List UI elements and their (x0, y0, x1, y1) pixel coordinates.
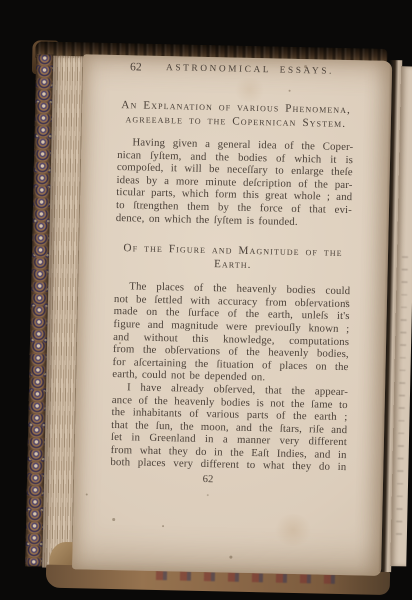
page-number-bottom: 62 (90, 472, 326, 490)
running-head: 62 ASTRONOMICAL ESSAYS. (119, 61, 355, 80)
paragraph: The places of the heavenly bodies could … (112, 280, 350, 386)
paragraph: I have already obſerved, that the appear… (110, 381, 348, 474)
section-heading-1: An Explanation of various Phenomena, agr… (118, 98, 355, 131)
foxing-spot (289, 90, 291, 92)
section-heading-2: Of the Figure and Magnitude of the Earth… (115, 241, 352, 274)
paragraph: Having given a general idea of the Coper… (116, 136, 354, 229)
paper-stain (273, 514, 314, 547)
text-block: 62 ASTRONOMICAL ESSAYS. An Explanation o… (110, 61, 355, 490)
foxing-spot (304, 65, 307, 68)
book-photo: 62 ASTRONOMICAL ESSAYS. An Explanation o… (0, 0, 412, 600)
foxing-spot (86, 493, 88, 495)
running-title: ASTRONOMICAL ESSAYS. (119, 61, 355, 79)
foxing-spot (229, 556, 232, 559)
book-page: 62 ASTRONOMICAL ESSAYS. An Explanation o… (72, 54, 392, 576)
page-number-top: 62 (130, 61, 142, 74)
foxing-spot (142, 208, 144, 210)
foxing-spot (162, 525, 164, 527)
foxing-spot (345, 300, 349, 303)
foxing-spot (112, 518, 115, 521)
foxing-spot (119, 342, 121, 344)
foxing-spot (207, 494, 209, 496)
